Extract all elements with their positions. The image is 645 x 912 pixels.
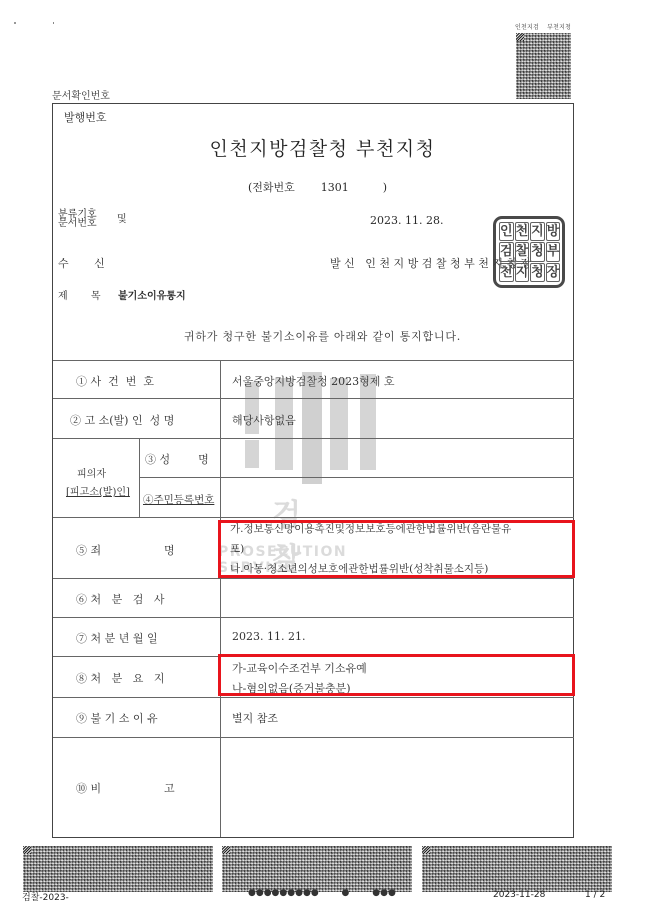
footer-date: 2023-11-28 [493,890,545,900]
recipient-label: 수 신 [58,255,105,271]
barcode-top [516,33,571,99]
table-column-divider [139,438,140,517]
seal-char: 청 [530,263,545,282]
table-column-divider [220,360,221,837]
table-rule [53,517,574,518]
seal-char: 인 [499,222,514,241]
seal-char: 장 [546,263,561,282]
document-date: 2023. 11. 28. [370,214,443,227]
office-label: 인천지검 부천지청 [515,22,571,31]
row-label-non-prosecution-reason: ⑨ 불 기 소 이 유 [76,710,158,726]
row-label-resident-number: ④주민등록번호 [143,492,214,507]
classification-label-suffix: 및 [117,210,127,225]
tel-close: ) [383,181,387,194]
scan-speck [53,22,54,24]
emblem-pillar [245,440,259,468]
table-rule [139,477,574,478]
row-value-complainant: 해당사항없음 [232,412,296,428]
tel-label: (전화번호 [248,181,295,194]
classification-label-line2: 문서번호 [58,219,97,228]
footer-doc-code: 검찰-2023- [22,890,69,903]
footer-page-number: 1 / 2 [585,890,605,900]
table-rule [53,697,574,698]
tel-number: 1301 [321,181,349,194]
row-label-remarks: ⑩ 비 고 [76,780,175,796]
seal-char: 부 [546,242,561,261]
official-seal: 인천지방검찰청부천지청장 [493,216,565,288]
barcode-bottom-left [23,846,213,892]
highlight-charge [218,520,575,578]
suspect-group-sublabel: [피고소(발)인] [66,483,130,498]
row-label-suspect-name: ③ 성 명 [145,451,209,467]
seal-char: 지 [515,263,530,282]
seal-char: 천 [499,263,514,282]
row-label-charge: ⑤ 죄 명 [76,542,175,558]
doc-confirm-label: 문서확인번호 [52,87,110,102]
highlight-disposition [218,654,575,696]
barcode-bottom-right [422,846,612,892]
row-label-case-number: ① 사 건 번 호 [76,373,154,389]
barcode-bottom-center [222,846,412,892]
row-label-prosecutor: ⑥ 처 분 검 사 [76,591,164,607]
table-rule [53,438,574,439]
table-rule [53,737,574,738]
seal-char: 천 [515,222,530,241]
row-value-case-number: 서울중앙지방검찰청 2023형제 호 [232,373,395,389]
seal-char: 청 [530,242,545,261]
row-label-complainant: ② 고 소(발) 인 성 명 [70,412,174,428]
classification-label: 분류기호 문서번호 [58,210,97,228]
seal-char: 지 [530,222,545,241]
intro-text: 귀하가 청구한 불기소이유를 아래와 같이 통지합니다. [0,328,645,344]
seal-char: 방 [546,222,561,241]
row-value-disposition-date: 2023. 11. 21. [232,630,305,643]
org-title: 인천지방검찰청 부천지청 [0,134,645,161]
scan-speck [14,22,16,24]
issue-number-label: 발행번호 [64,109,107,125]
footer-masked-number: ●●●●●●●●● ● ●●● [248,888,396,898]
subject-value: 불기소이유통지 [118,287,186,302]
seal-char: 찰 [515,242,530,261]
emblem-pillar [330,378,348,470]
table-rule [53,360,574,361]
row-label-disposition-summary: ⑧ 처 분 요 지 [76,670,164,686]
suspect-group-label: 피의자 [77,465,106,480]
table-rule [53,617,574,618]
seal-char: 검 [499,242,514,261]
row-value-non-prosecution-reason: 별지 참조 [232,710,278,726]
subject-label: 제 목 [58,287,101,302]
table-rule [53,578,574,579]
tel-line: (전화번호1301) [248,179,387,195]
table-rule [53,398,574,399]
row-label-disposition-date: ⑦ 처 분 년 월 일 [76,630,158,646]
